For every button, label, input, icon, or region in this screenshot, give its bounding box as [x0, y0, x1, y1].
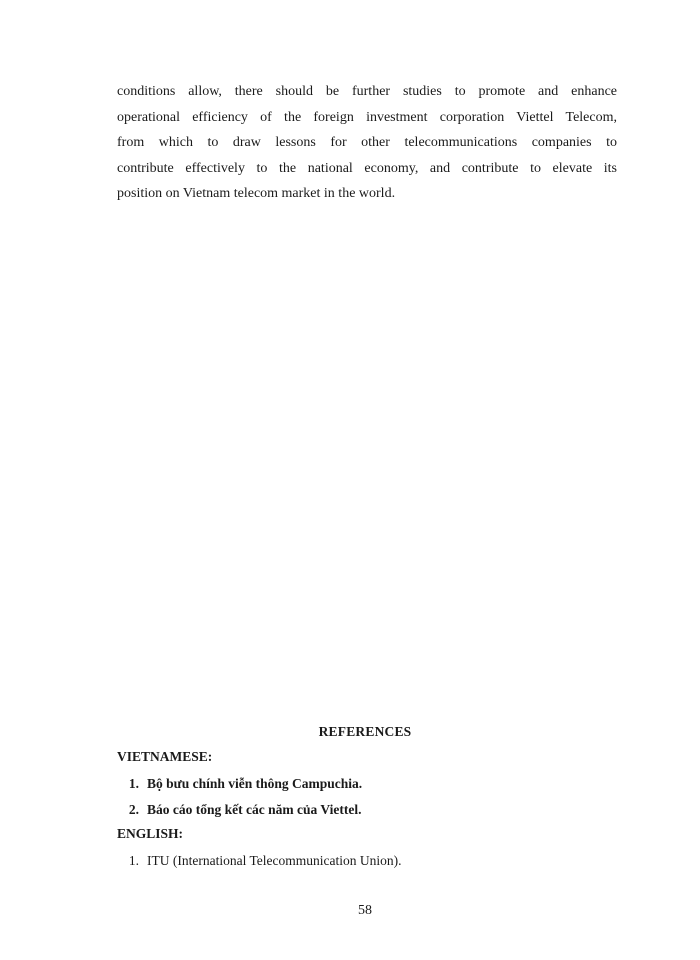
paragraph-line: conditions allow, there should be furthe…	[117, 79, 617, 105]
reference-text: Báo cáo tổng kết các năm của Viettel.	[147, 802, 361, 817]
reference-number: 2.	[117, 797, 139, 823]
reference-text: Bộ bưu chính viễn thông Campuchia.	[147, 776, 362, 791]
reference-number: 1.	[117, 848, 139, 874]
english-reference-list: 1.ITU (International Telecommunication U…	[117, 848, 401, 874]
document-page: conditions allow, there should be furthe…	[0, 0, 700, 960]
vietnamese-section-label: VIETNAMESE:	[117, 749, 212, 765]
page-number: 58	[0, 903, 700, 919]
reference-number: 1.	[117, 771, 139, 797]
paragraph-line: position on Vietnam telecom market in th…	[117, 181, 617, 207]
reference-item: 1.ITU (International Telecommunication U…	[117, 848, 401, 874]
reference-text: ITU (International Telecommunication Uni…	[147, 853, 401, 868]
reference-item: 1.Bộ bưu chính viễn thông Campuchia.	[117, 771, 362, 797]
paragraph-line: operational efficiency of the foreign in…	[117, 105, 617, 131]
reference-item: 2.Báo cáo tổng kết các năm của Viettel.	[117, 797, 362, 823]
vietnamese-reference-list: 1.Bộ bưu chính viễn thông Campuchia. 2.B…	[117, 771, 362, 823]
paragraph-line: from which to draw lessons for other tel…	[117, 130, 617, 156]
conclusion-paragraph: conditions allow, there should be furthe…	[117, 79, 617, 207]
english-section-label: ENGLISH:	[117, 826, 183, 842]
references-heading: REFERENCES	[0, 724, 700, 740]
paragraph-line: contribute effectively to the national e…	[117, 156, 617, 182]
